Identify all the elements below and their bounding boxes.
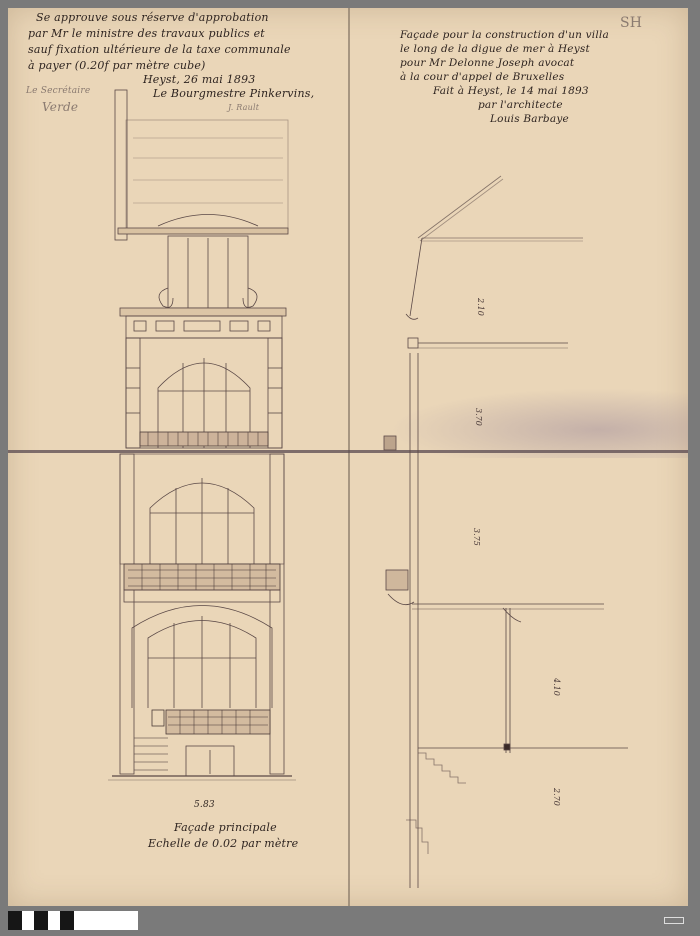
facade-scale: Echelle de 0.02 par mètre (148, 836, 298, 851)
cross-section (384, 176, 628, 888)
strip-block-white-1 (22, 911, 34, 930)
dim-basement: 2.70 (552, 787, 561, 806)
chimney-left (115, 90, 127, 240)
strip-block-black-1 (8, 911, 22, 930)
architectural-drawing: 2.10 3.70 3.75 4.10 2.70 (8, 8, 688, 906)
strip-block-white-2 (48, 911, 60, 930)
scan-color-strip (8, 911, 138, 930)
dim-ground: 4.10 (552, 677, 561, 696)
facade-elevation (108, 90, 296, 780)
drawing-sheet: Se approuve sous réserve d'approbation p… (8, 8, 688, 906)
dim-upper: 3.70 (474, 408, 483, 426)
dim-middle: 3.75 (472, 528, 481, 546)
dim-roof: 2.10 (476, 297, 485, 316)
strip-block-black-2 (34, 911, 48, 930)
dimension-labels: 2.10 3.70 3.75 4.10 2.70 (472, 297, 561, 806)
scan-marker (664, 917, 684, 924)
facade-width-dimension: 5.83 (194, 798, 215, 813)
strip-block-white-3 (74, 911, 138, 930)
strip-block-black-3 (60, 911, 74, 930)
facade-title: Façade principale (174, 820, 277, 835)
